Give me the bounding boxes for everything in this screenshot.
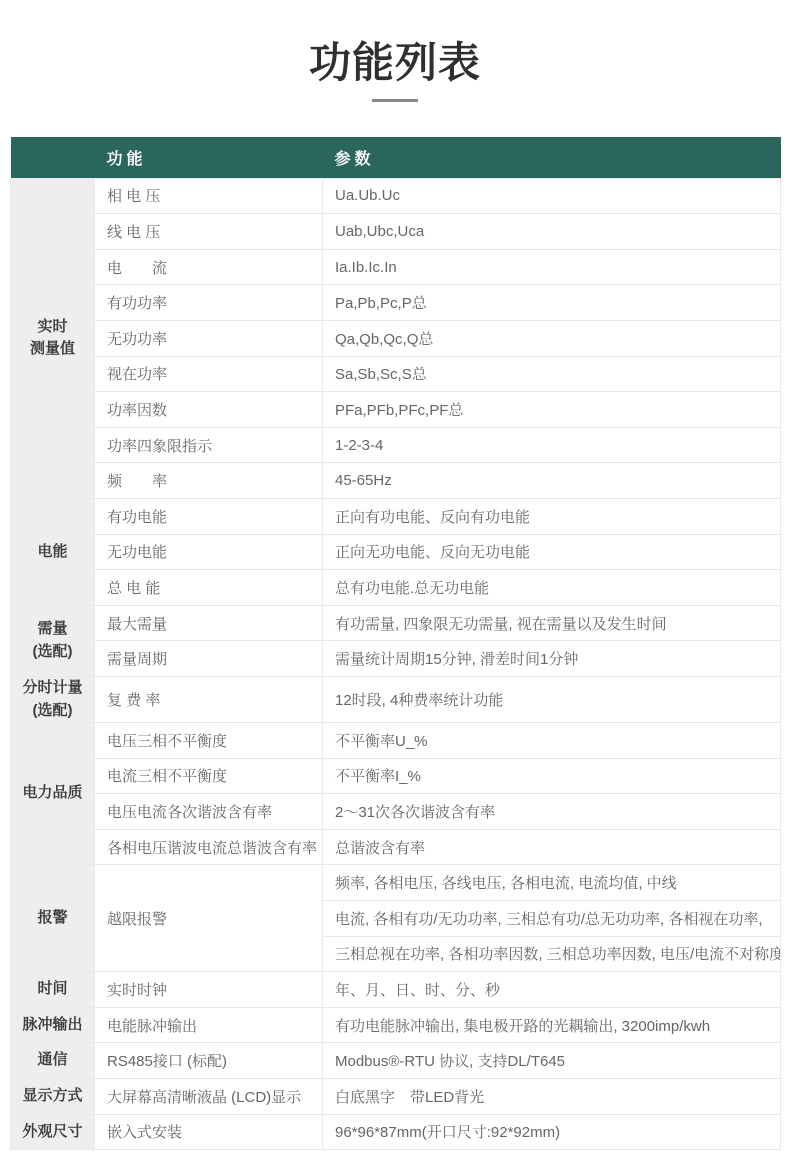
function-cell: 有功电能 [95,499,323,535]
parameter-cell: 2～31次各次谐波含有率 [323,794,781,830]
table-row: 电力品质 电压三相不平衡度 不平衡率U_% [11,723,781,759]
table-row: 脉冲输出 电能脉冲输出 有功电能脉冲输出, 集电极开路的光耦输出, 3200im… [11,1007,781,1043]
parameter-cell: Modbus®-RTU 协议, 支持DL/T645 [323,1043,781,1079]
parameter-cell: 96*96*87mm(开口尺寸:92*92mm) [323,1114,781,1150]
function-cell: 有功功率 [95,285,323,321]
category-cell: 外观尺寸 [11,1114,95,1150]
table-row: 电 流 Ia.Ib.Ic.In [11,249,781,285]
table-row: 视在功率 Sa,Sb,Sc,S总 [11,356,781,392]
parameter-cell: Pa,Pb,Pc,P总 [323,285,781,321]
function-cell: 相 电 压 [95,178,323,214]
parameter-cell: Uab,Ubc,Uca [323,214,781,250]
parameter-cell: 频率, 各相电压, 各线电压, 各相电流, 电流均值, 中线 [323,865,781,901]
table-row: 需量 (选配) 最大需量 有功需量, 四象限无功需量, 视在需量以及发生时间 [11,605,781,641]
function-cell: 最大需量 [95,605,323,641]
category-cell: 需量 (选配) [11,605,95,676]
function-cell: 功率因数 [95,392,323,428]
title-underline [372,99,418,102]
category-cell: 实时 测量值 [11,178,95,498]
parameter-cell: PFa,PFb,PFc,PF总 [323,392,781,428]
parameter-cell: 不平衡率I_% [323,758,781,794]
parameter-cell: 需量统计周期15分钟, 滑差时间1分钟 [323,641,781,677]
parameter-cell: 白底黑字 带LED背光 [323,1078,781,1114]
function-cell: 无功电能 [95,534,323,570]
parameter-cell: Ua.Ub.Uc [323,178,781,214]
function-cell: 线 电 压 [95,214,323,250]
parameter-cell: 电流, 各相有功/无功功率, 三相总有功/总无功功率, 各相视在功率, [323,900,781,936]
function-cell: 嵌入式安装 [95,1114,323,1150]
table-row: 显示方式 大屏幕高清晰液晶 (LCD)显示 白底黑字 带LED背光 [11,1078,781,1114]
header-category-cell [11,137,95,178]
function-cell: 复 费 率 [95,677,323,723]
table-row: 电压电流各次谐波含有率 2～31次各次谐波含有率 [11,794,781,830]
parameter-cell: Ia.Ib.Ic.In [323,249,781,285]
header-parameter: 参数 [323,137,781,178]
function-cell: 频 率 [95,463,323,499]
table-header-row: 功能 参数 [11,137,781,178]
function-cell: 电 流 [95,249,323,285]
function-cell: 电压三相不平衡度 [95,723,323,759]
parameter-cell: 正向有功电能、反向有功电能 [323,499,781,535]
function-cell: 功率四象限指示 [95,427,323,463]
page-title: 功能列表 [0,40,790,86]
parameter-cell: 12时段, 4种费率统计功能 [323,677,781,723]
table-row: 通信 RS485接口 (标配) Modbus®-RTU 协议, 支持DL/T64… [11,1043,781,1079]
category-cell: 电力品质 [11,723,95,865]
header-function: 功能 [95,137,323,178]
parameter-cell: 三相总视在功率, 各相功率因数, 三相总功率因数, 电压/电流不对称度 [323,936,781,972]
function-cell: 总 电 能 [95,570,323,606]
page-header: 功能列表 [0,0,790,102]
table-row: 总 电 能 总有功电能.总无功电能 [11,570,781,606]
function-cell: 越限报警 [95,865,323,972]
category-cell: 显示方式 [11,1078,95,1114]
table-row: 频 率 45-65Hz [11,463,781,499]
parameter-cell: 年、月、日、时、分、秒 [323,972,781,1008]
table-row: 有功功率 Pa,Pb,Pc,P总 [11,285,781,321]
table-row: 无功功率 Qa,Qb,Qc,Q总 [11,321,781,357]
table-row: 需量周期 需量统计周期15分钟, 滑差时间1分钟 [11,641,781,677]
function-cell: 需量周期 [95,641,323,677]
table-row: 各相电压谐波电流总谐波含有率 总谐波含有率 [11,829,781,865]
table-row: 电能 有功电能 正向有功电能、反向有功电能 [11,499,781,535]
table-row: 电流三相不平衡度 不平衡率I_% [11,758,781,794]
table-row: 时间 实时时钟 年、月、日、时、分、秒 [11,972,781,1008]
parameter-cell: Qa,Qb,Qc,Q总 [323,321,781,357]
parameter-cell: 总谐波含有率 [323,829,781,865]
function-cell: 无功功率 [95,321,323,357]
function-cell: 电压电流各次谐波含有率 [95,794,323,830]
table-row: 功率四象限指示 1-2-3-4 [11,427,781,463]
table-row: 报警 越限报警 频率, 各相电压, 各线电压, 各相电流, 电流均值, 中线 [11,865,781,901]
spec-table: 功能 参数 实时 测量值 相 电 压 Ua.Ub.Uc 线 电 压 Uab,Ub… [10,137,781,1150]
parameter-cell: 有功需量, 四象限无功需量, 视在需量以及发生时间 [323,605,781,641]
function-cell: 实时时钟 [95,972,323,1008]
category-cell: 电能 [11,499,95,606]
function-cell: RS485接口 (标配) [95,1043,323,1079]
table-row: 无功电能 正向无功电能、反向无功电能 [11,534,781,570]
parameter-cell: 总有功电能.总无功电能 [323,570,781,606]
function-cell: 电流三相不平衡度 [95,758,323,794]
table-row: 外观尺寸 嵌入式安装 96*96*87mm(开口尺寸:92*92mm) [11,1114,781,1150]
parameter-cell: Sa,Sb,Sc,S总 [323,356,781,392]
function-cell: 大屏幕高清晰液晶 (LCD)显示 [95,1078,323,1114]
table-row: 功率因数 PFa,PFb,PFc,PF总 [11,392,781,428]
table-row: 实时 测量值 相 电 压 Ua.Ub.Uc [11,178,781,214]
category-cell: 通信 [11,1043,95,1079]
parameter-cell: 1-2-3-4 [323,427,781,463]
function-cell: 视在功率 [95,356,323,392]
category-cell: 报警 [11,865,95,972]
table-row: 分时计量 (选配) 复 费 率 12时段, 4种费率统计功能 [11,677,781,723]
table-row: 线 电 压 Uab,Ubc,Uca [11,214,781,250]
function-cell: 电能脉冲输出 [95,1007,323,1043]
parameter-cell: 正向无功电能、反向无功电能 [323,534,781,570]
parameter-cell: 有功电能脉冲输出, 集电极开路的光耦输出, 3200imp/kwh [323,1007,781,1043]
parameter-cell: 45-65Hz [323,463,781,499]
category-cell: 时间 [11,972,95,1008]
function-cell: 各相电压谐波电流总谐波含有率 [95,829,323,865]
category-cell: 分时计量 (选配) [11,677,95,723]
category-cell: 脉冲输出 [11,1007,95,1043]
parameter-cell: 不平衡率U_% [323,723,781,759]
